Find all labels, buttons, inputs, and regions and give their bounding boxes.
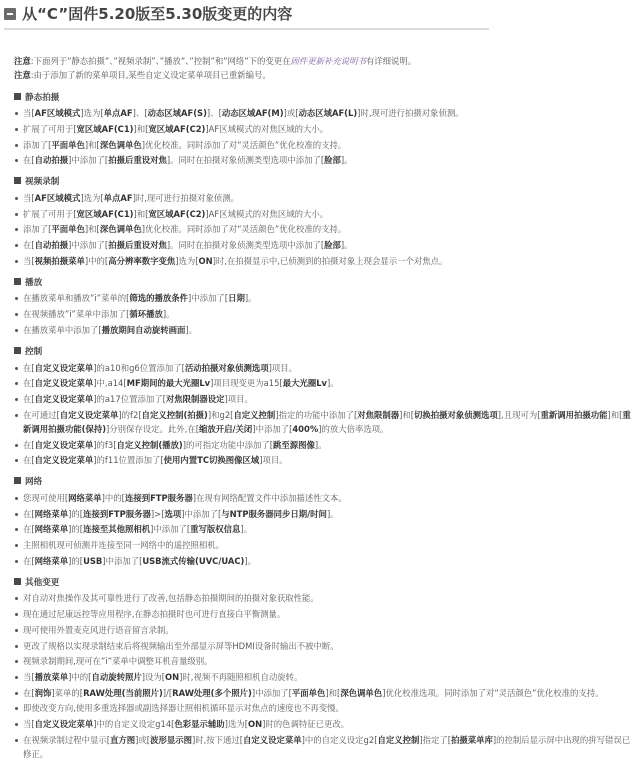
change-item: 在[自定义设定菜单]的f3[自定义控制(播放)]的可指定功能中添加了[跳至源图像…	[14, 438, 634, 452]
change-item: 在[自动拍摄]中添加了[拍摄后重设对焦]。同时在拍摄对象侦测类型选项中添加了[脸…	[14, 153, 634, 167]
section-title-text: 播放	[25, 278, 42, 288]
menu-term: 自定义控制	[233, 410, 275, 420]
menu-term: 脸部	[324, 155, 341, 165]
menu-term: 连接到FTP服务器	[83, 509, 151, 519]
menu-term: 选项	[164, 509, 181, 519]
menu-term: 播放期间自动旋转画面	[102, 325, 186, 335]
menu-term: 自定义设定菜单	[35, 455, 94, 465]
menu-term: 自定义设定菜单	[243, 735, 302, 741]
menu-term: 跳至源图像	[273, 440, 315, 450]
change-item: 当[视频拍摄菜单]中的[高分辨率数字变焦]选为[ON]时,在拍摄显示中,已侦测到…	[14, 254, 634, 268]
menu-term: 波形显示图	[150, 735, 192, 741]
menu-term: 对焦限制器	[357, 410, 399, 420]
square-bullet-icon	[14, 477, 21, 484]
section-title: 其他变更	[14, 576, 634, 590]
change-item: 即使改变方向,使用多重选择器或副选择器让照相机循环显示对焦点的速度也不再变慢。	[14, 701, 634, 715]
change-item: 视频录制期间,现可在”i”菜单中调整耳机音量级别。	[14, 654, 634, 668]
section-title: 静态拍摄	[14, 91, 634, 105]
menu-term: 拍摄后重设对焦	[108, 155, 167, 165]
section-network: 网络您现可使用[网络菜单]中的[连接到FTP服务器]在现有网络配置文件中添加描述…	[14, 475, 634, 568]
menu-term: 视频拍摄菜单	[35, 256, 85, 266]
section-title-text: 控制	[25, 347, 42, 357]
square-bullet-icon	[14, 93, 21, 100]
note-2: 注意:由于添加了新的菜单项目,某些自定义设定菜单项目已重新编号。	[14, 68, 634, 82]
menu-term: 网络菜单	[35, 509, 69, 519]
change-list: 对自动对焦操作及其可靠性进行了改善,包括静态拍摄期间的拍摄对象获取性能。现在通过…	[14, 591, 634, 741]
menu-term: 自定义设定菜单	[35, 440, 94, 450]
menu-term: 深色调单色	[100, 140, 142, 150]
menu-term: 平面单色	[292, 688, 326, 698]
menu-term: 深色调单色	[340, 688, 382, 698]
change-item: 扩展了可用于[宽区域AF(C1)]和[宽区域AF(C2)]AF区域模式的对焦区域…	[14, 207, 634, 221]
change-item: 在[自动拍摄]中添加了[拍摄后重设对焦]。同时在拍摄对象侦测类型选项中添加了[脸…	[14, 238, 634, 252]
menu-term: 自定义设定菜单	[35, 363, 94, 373]
change-item: 在播放菜单中添加了[播放期间自动旋转画面]。	[14, 323, 634, 337]
change-list: 在播放菜单和播放”i”菜单的[筛选的播放条件]中添加了[日期]。在视频播放”i”…	[14, 291, 634, 337]
menu-term: 网络菜单	[68, 493, 102, 503]
change-item: 在视频播放”i”菜单中添加了[循环播放]。	[14, 307, 634, 321]
page-header: 从“C”固件5.20版至5.30版变更的内容	[0, 0, 640, 40]
menu-term: 脸部	[324, 240, 341, 250]
section-title: 视频录制	[14, 175, 634, 189]
menu-term: 重新调用拍摄功能	[540, 410, 607, 420]
change-list: 当[AF区域模式]选为[单点AF]时,现可进行拍摄对象侦测。扩展了可用于[宽区域…	[14, 191, 634, 268]
square-bullet-icon	[14, 278, 21, 285]
menu-term: 自定义控制	[377, 735, 419, 741]
change-item: 在视频录制过程中显示[直方图]或[波形显示图]时,按下通过[自定义设定菜单]中的…	[14, 733, 634, 741]
sections-container: 静态拍摄当[AF区域模式]选为[单点AF]、[动态区域AF(S)]、[动态区域A…	[14, 91, 634, 741]
change-list: 在[自定义设定菜单]的a10和g6位置添加了[活动拍摄对象侦测选项]项目。在[自…	[14, 361, 634, 468]
menu-term: 自动拍摄	[35, 155, 69, 165]
menu-term: AF区域模式	[35, 193, 81, 203]
menu-term: 单点AF	[104, 108, 133, 118]
menu-term: 动态区域AF(M)	[222, 108, 284, 118]
menu-term: 自定义设定菜单	[35, 719, 94, 729]
menu-term: 宽区域AF(C2)	[148, 124, 205, 134]
menu-term: 润饰	[35, 688, 52, 698]
menu-term: 深色调单色	[100, 224, 142, 234]
menu-term: 宽区域AF(C2)	[148, 209, 205, 219]
menu-term: 平面单色	[51, 140, 85, 150]
menu-term: 拍摄菜单库	[451, 735, 493, 741]
menu-term: 缩放开启/关闭	[199, 424, 252, 434]
menu-term: AF区域模式	[35, 108, 81, 118]
menu-term: ON	[165, 672, 179, 682]
menu-term: 对焦限制器设定	[166, 394, 225, 404]
menu-term: 播放菜单	[35, 672, 69, 682]
menu-term: 连接至其他照相机	[83, 524, 150, 534]
note-label: 注意	[14, 56, 31, 66]
square-bullet-icon	[14, 578, 21, 585]
menu-term: 动态区域AF(L)	[298, 108, 357, 118]
menu-term: 拍摄后重设对焦	[108, 240, 167, 250]
menu-term: RAW处理(多个照片)	[172, 688, 252, 698]
section-video-recording: 视频录制当[AF区域模式]选为[单点AF]时,现可进行拍摄对象侦测。扩展了可用于…	[14, 175, 634, 268]
header-divider	[4, 28, 489, 30]
change-item: 在[网络菜单]的[连接至其他照相机]中添加了[重写版权信息]。	[14, 522, 634, 536]
section-still-photography: 静态拍摄当[AF区域模式]选为[单点AF]、[动态区域AF(S)]、[动态区域A…	[14, 91, 634, 168]
page-title: 从“C”固件5.20版至5.30版变更的内容	[22, 2, 292, 26]
menu-term: 连接到FTP服务器	[125, 493, 193, 503]
changelog-content: 注意:下面列于”静态拍摄”、”视频录制”、”播放”、”控制”和”网络”下的变更在…	[14, 54, 634, 741]
menu-term: RAW处理(当前照片)	[83, 688, 163, 698]
square-bullet-icon	[14, 177, 21, 184]
change-item: 在播放菜单和播放”i”菜单的[筛选的播放条件]中添加了[日期]。	[14, 291, 634, 305]
section-title-text: 视频录制	[25, 177, 59, 187]
change-item: 当[AF区域模式]选为[单点AF]时,现可进行拍摄对象侦测。	[14, 191, 634, 205]
menu-term: USB	[83, 556, 102, 566]
section-title: 网络	[14, 475, 634, 489]
change-item: 您现可使用[网络菜单]中的[连接到FTP服务器]在现有网络配置文件中添加描述性文…	[14, 491, 634, 505]
change-item: 当[自定义设定菜单]中的自定义设定g14[色彩显示辅助]选为[ON]时的色调特征…	[14, 717, 634, 731]
change-item: 在[自定义设定菜单]的a17位置添加了[对焦限制器设定]项目。	[14, 392, 634, 406]
change-item: 当[播放菜单]中的[自动旋转照片]设为[ON]时,视频不再随照相机自动旋转。	[14, 670, 634, 684]
menu-term: 宽区域AF(C1)	[77, 209, 134, 219]
change-item: 更改了规格以实现录制结束后将视频输出至外部显示屏等HDMI设备时输出不被中断。	[14, 639, 634, 653]
menu-term: 重写版权信息	[190, 524, 240, 534]
menu-term: MF期间的最大光圈Lv	[127, 378, 210, 388]
change-list: 您现可使用[网络菜单]中的[连接到FTP服务器]在现有网络配置文件中添加描述性文…	[14, 491, 634, 568]
note-text: :由于添加了新的菜单项目,某些自定义设定菜单项目已重新编号。	[31, 70, 271, 80]
menu-term: USB流式传输(UVC/UAC)	[142, 556, 244, 566]
menu-term: 自定义设定菜单	[35, 378, 94, 388]
section-title-text: 网络	[25, 477, 42, 487]
menu-term: 宽区域AF(C1)	[77, 124, 134, 134]
menu-term: 活动拍摄对象侦测选项	[185, 363, 269, 373]
menu-term: 自定义控制(拍摄)	[142, 410, 208, 420]
change-item: 现可使用外置麦克风进行语音留言录制。	[14, 623, 634, 637]
menu-term: ON	[199, 256, 213, 266]
change-item: 在[自定义设定菜单]的a10和g6位置添加了[活动拍摄对象侦测选项]项目。	[14, 361, 634, 375]
menu-term: 使用内置TC切换图像区域	[164, 455, 260, 465]
menu-term: 平面单色	[51, 224, 85, 234]
menu-term: 动态区域AF(S)	[148, 108, 207, 118]
change-item: 扩展了可用于[宽区域AF(C1)]和[宽区域AF(C2)]AF区域模式的对焦区域…	[14, 122, 634, 136]
change-item: 在[网络菜单]的[USB]中添加了[USB流式传输(UVC/UAC)]。	[14, 554, 634, 568]
menu-term: 自动旋转照片	[91, 672, 141, 682]
change-item: 在[自定义设定菜单]的f11位置添加了[使用内置TC切换图像区域]项目。	[14, 453, 634, 467]
change-item: 在[润饰]菜单的[RAW处理(当前照片)]/[RAW处理(多个照片)]中添加了[…	[14, 686, 634, 700]
menu-term: 日期	[228, 293, 245, 303]
menu-term: 自定义设定菜单	[60, 410, 119, 420]
note-text-after: 有详细说明。	[366, 56, 416, 66]
change-list: 当[AF区域模式]选为[单点AF]、[动态区域AF(S)]、[动态区域AF(M)…	[14, 106, 634, 167]
note-text: :下面列于”静态拍摄”、”视频录制”、”播放”、”控制”和”网络”下的变更在	[31, 56, 291, 66]
menu-term: 网络菜单	[35, 556, 69, 566]
menu-term: 色彩显示辅助	[174, 719, 224, 729]
firmware-supplement-link[interactable]: 固件更新补充说明书	[291, 56, 366, 66]
menu-term: 自定义设定菜单	[35, 394, 94, 404]
menu-term: 网络菜单	[35, 524, 69, 534]
note-1: 注意:下面列于”静态拍摄”、”视频录制”、”播放”、”控制”和”网络”下的变更在…	[14, 54, 634, 68]
section-title-text: 其他变更	[25, 578, 59, 588]
menu-term: 自定义控制(播放)	[116, 440, 182, 450]
menu-term: 单点AF	[104, 193, 133, 203]
menu-term: ON	[248, 719, 262, 729]
change-item: 对自动对焦操作及其可靠性进行了改善,包括静态拍摄期间的拍摄对象获取性能。	[14, 591, 634, 605]
section-title: 控制	[14, 345, 634, 359]
change-item: 添加了[平面单色]和[深色调单色]优化校准。同时添加了对”灵活颜色”优化校准的支…	[14, 222, 634, 236]
change-item: 在[网络菜单]的[连接到FTP服务器]>[选项]中添加了[与NTP服务器同步日期…	[14, 507, 634, 521]
menu-term: 高分辨率数字变焦	[108, 256, 175, 266]
section-title-text: 静态拍摄	[25, 93, 59, 103]
collapse-square-icon[interactable]	[4, 8, 16, 20]
note-label: 注意	[14, 70, 31, 80]
menu-term: 筛选的播放条件	[129, 293, 188, 303]
menu-term: 自动拍摄	[35, 240, 69, 250]
menu-term: 与NTP服务器同步日期/时间	[221, 509, 327, 519]
change-item: 添加了[平面单色]和[深色调单色]优化校准。同时添加了对”灵活颜色”优化校准的支…	[14, 138, 634, 152]
menu-term: 直方图	[110, 735, 135, 741]
square-bullet-icon	[14, 347, 21, 354]
change-item: 现在通过尼康远控等应用程序,在静态拍摄时也可进行直接白平衡测量。	[14, 607, 634, 621]
menu-term: 切换拍摄对象侦测选项	[414, 410, 498, 420]
change-item: 主照相机现可侦测并连接至同一网络中的遥控照相机。	[14, 538, 634, 552]
section-title: 播放	[14, 276, 634, 290]
section-controls: 控制在[自定义设定菜单]的a10和g6位置添加了[活动拍摄对象侦测选项]项目。在…	[14, 345, 634, 467]
change-item: 当[AF区域模式]选为[单点AF]、[动态区域AF(S)]、[动态区域AF(M)…	[14, 106, 634, 120]
menu-term: 最大光圈Lv	[283, 378, 327, 388]
section-other-changes: 其他变更对自动对焦操作及其可靠性进行了改善,包括静态拍摄期间的拍摄对象获取性能。…	[14, 576, 634, 741]
section-playback: 播放在播放菜单和播放”i”菜单的[筛选的播放条件]中添加了[日期]。在视频播放”…	[14, 276, 634, 337]
change-item: 在可通过[自定义设定菜单]的f2[自定义控制(拍摄)]和g2[自定义控制]指定的…	[14, 408, 634, 436]
menu-term: 循环播放	[129, 309, 163, 319]
change-item: 在[自定义设定菜单]中,a14[MF期间的最大光圈Lv]项目现变更为a15[最大…	[14, 376, 634, 390]
menu-term: 400%	[292, 424, 318, 434]
